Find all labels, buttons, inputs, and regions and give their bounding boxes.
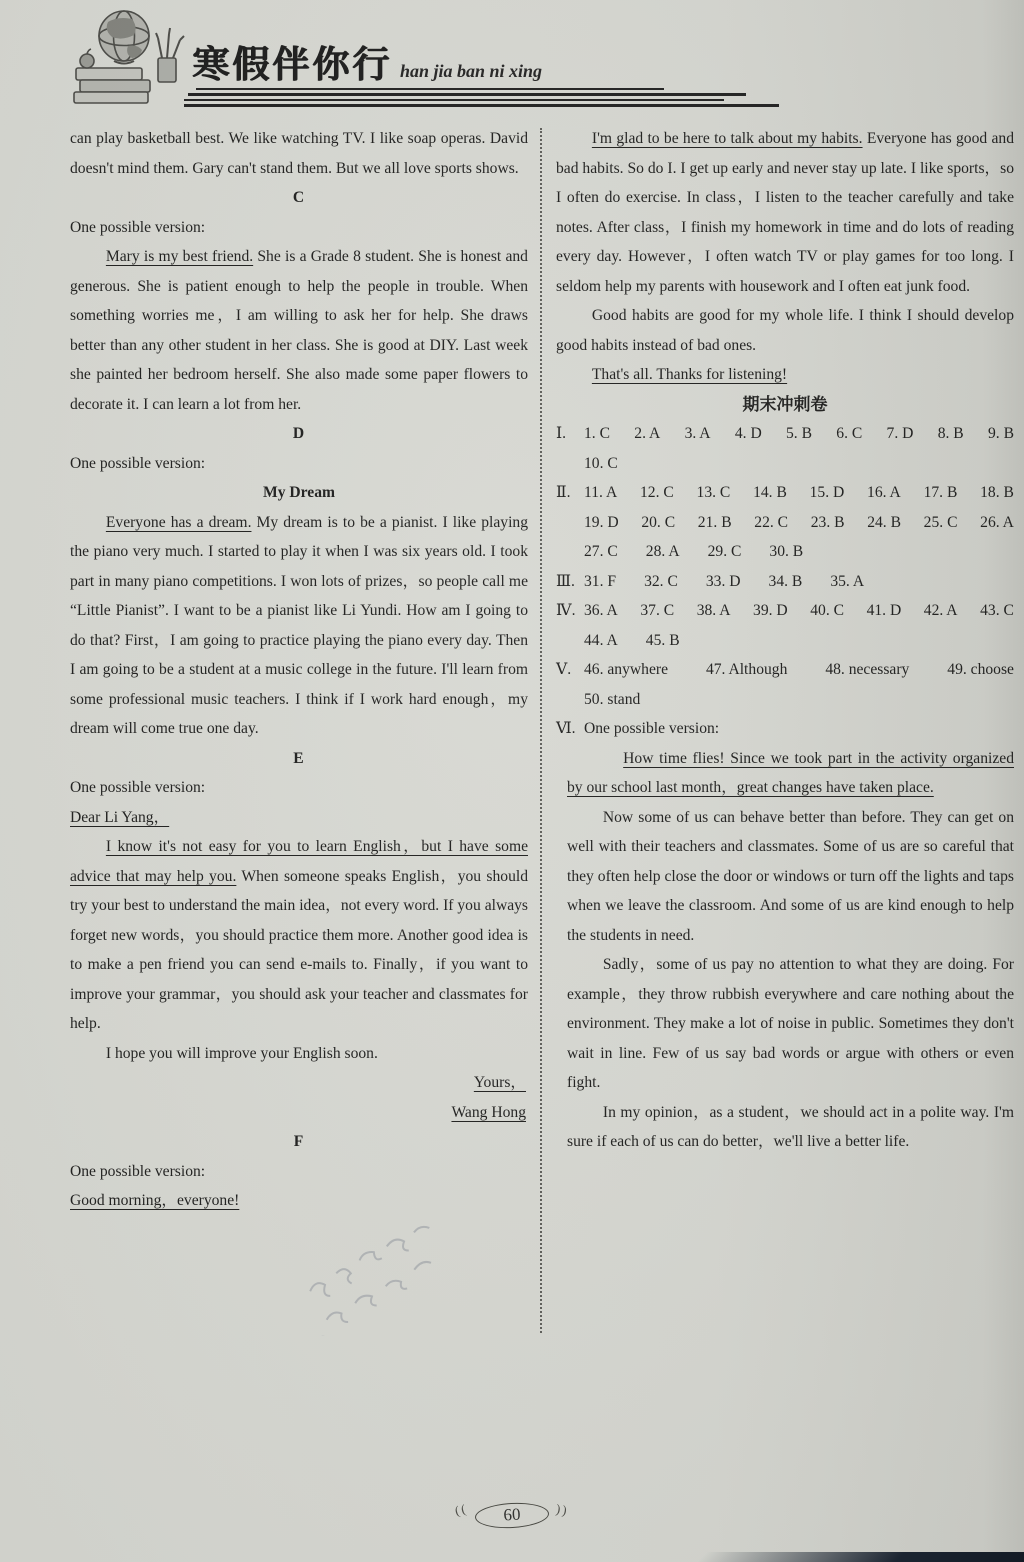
answer-item: 47. Although — [706, 655, 787, 685]
answer-item: 16. A — [867, 478, 901, 508]
paragraph: Mary is my best friend. She is a Grade 8… — [70, 242, 528, 419]
answer-item: 25. C — [924, 508, 958, 538]
underlined-sentence: Everyone has a dream. — [106, 514, 252, 531]
section-label-f: F — [70, 1127, 528, 1157]
answer-item: 37. C — [640, 596, 674, 626]
answer-group-4: Ⅳ. 36. A37. C38. A39. D40. C41. D42. A43… — [556, 596, 1014, 655]
right-column: I'm glad to be here to talk about my hab… — [556, 124, 1014, 1333]
left-column: can play basketball best. We like watchi… — [70, 124, 528, 1333]
answer-item: 42. A — [924, 596, 958, 626]
answer-item: 40. C — [810, 596, 844, 626]
content-columns: can play basketball best. We like watchi… — [0, 124, 1024, 1333]
column-divider — [540, 128, 542, 1333]
answer-group-5: Ⅴ. 46. anywhere47. Although48. necessary… — [556, 655, 1014, 714]
essay-title: My Dream — [70, 478, 528, 508]
answer-item: 24. B — [867, 508, 901, 538]
header-rule — [184, 99, 724, 101]
speech-opening: Good morning，everyone! — [70, 1186, 528, 1216]
header-rule — [196, 88, 664, 90]
section-label-e: E — [70, 744, 528, 774]
answer-item: 33. D — [706, 567, 741, 597]
workbook-answer-page: 寒假伴你行han jia ban ni xing can play basket… — [0, 0, 1024, 1562]
answer-item: 48. necessary — [825, 655, 909, 685]
speech-ending: That's all. Thanks for listening! — [556, 360, 1014, 390]
section-label-d: D — [70, 419, 528, 449]
intro-line: One possible version: — [70, 1157, 528, 1187]
answer-item: 4. D — [735, 419, 762, 449]
roman-numeral: Ⅰ. — [556, 419, 584, 478]
answer-item: 5. B — [786, 419, 812, 449]
answer-item: 32. C — [644, 567, 678, 597]
answer-item: 45. B — [646, 626, 680, 656]
answer-item: 38. A — [697, 596, 731, 626]
answer-item: 23. B — [811, 508, 845, 538]
answer-item: 8. B — [938, 419, 964, 449]
header-rule — [188, 93, 746, 96]
paragraph: In my opinion，as a student，we should act… — [567, 1098, 1014, 1157]
intro-line: One possible version: — [70, 213, 528, 243]
header-rule — [184, 104, 779, 107]
underlined-sentence: I'm glad to be here to talk about my hab… — [592, 130, 863, 147]
answer-line: 46. anywhere47. Although48. necessary49.… — [584, 655, 1014, 685]
underlined-sentence: Mary is my best friend. — [106, 248, 253, 265]
answer-line: 31. F32. C33. D34. B35. A — [584, 567, 1014, 597]
answer-item: 2. A — [634, 419, 660, 449]
roman-numeral: Ⅴ. — [556, 655, 584, 714]
paragraph: I hope you will improve your English soo… — [70, 1039, 528, 1069]
answer-line: 11. A12. C13. C14. B15. D16. A17. B18. B — [584, 478, 1014, 508]
answer-group-3: Ⅲ. 31. F32. C33. D34. B35. A — [556, 567, 1014, 597]
answer-item: 12. C — [640, 478, 674, 508]
paragraph: Sadly，some of us pay no attention to wha… — [567, 950, 1014, 1098]
answer-item: 36. A — [584, 596, 618, 626]
answer-line: 50. stand — [584, 685, 1014, 715]
paragraph-text: My dream is to be a pianist. I like play… — [70, 514, 528, 738]
roman-numeral: Ⅵ. — [556, 714, 584, 744]
answer-line: 27. C28. A29. C30. B — [584, 537, 1014, 567]
answer-item: 10. C — [584, 449, 618, 479]
intro-line: One possible version: — [70, 773, 528, 803]
answer-item: 26. A — [980, 508, 1014, 538]
answer-item: 44. A — [584, 626, 618, 656]
answer-item: 21. B — [698, 508, 732, 538]
answer-item: 27. C — [584, 537, 618, 567]
essay-block: How time flies! Since we took part in th… — [567, 744, 1014, 1157]
answer-item: 41. D — [867, 596, 902, 626]
answer-item: 43. C — [980, 596, 1014, 626]
roman-numeral: Ⅱ. — [556, 478, 584, 567]
answer-item: 14. B — [753, 478, 787, 508]
answer-item: 18. B — [980, 478, 1014, 508]
pencil-scribble — [292, 1218, 522, 1336]
paragraph: Now some of us can behave better than be… — [567, 803, 1014, 951]
paragraph: I'm glad to be here to talk about my hab… — [556, 124, 1014, 301]
intro-line: One possible version: — [584, 714, 1014, 744]
answer-item: 20. C — [641, 508, 675, 538]
page-footer: ((60)) — [0, 1502, 1024, 1528]
underlined-paragraph: How time flies! Since we took part in th… — [567, 744, 1014, 803]
answer-item: 7. D — [887, 419, 914, 449]
answer-item: 17. B — [924, 478, 958, 508]
answer-group-1: Ⅰ. 1. C2. A3. A4. D5. B6. C7. D8. B9. B … — [556, 419, 1014, 478]
answer-line: 1. C2. A3. A4. D5. B6. C7. D8. B9. B — [584, 419, 1014, 449]
answer-line: 10. C — [584, 449, 1014, 479]
letter-closing: Yours， — [70, 1068, 528, 1098]
answer-item: 15. D — [810, 478, 845, 508]
globe-books-logo-icon — [70, 4, 190, 106]
answer-item: 30. B — [769, 537, 803, 567]
answer-item: 1. C — [584, 419, 610, 449]
paragraph: can play basketball best. We like watchi… — [70, 124, 528, 183]
answer-item: 46. anywhere — [584, 655, 668, 685]
letter-signature: Wang Hong — [70, 1098, 528, 1128]
roman-numeral: Ⅳ. — [556, 596, 584, 655]
answer-group-6: Ⅵ. One possible version: — [556, 714, 1014, 744]
intro-line: One possible version: — [70, 449, 528, 479]
answer-line: 36. A37. C38. A39. D40. C41. D42. A43. C — [584, 596, 1014, 626]
answer-item: 3. A — [685, 419, 711, 449]
hand-drawn-mark: (( — [454, 1501, 470, 1520]
paragraph-text: She is a Grade 8 student. She is honest … — [70, 248, 528, 413]
section-label-c: C — [70, 183, 528, 213]
answer-item: 49. choose — [947, 655, 1014, 685]
paragraph: I know it's not easy for you to learn En… — [70, 832, 528, 1039]
answer-item: 6. C — [836, 419, 862, 449]
answer-item: 35. A — [830, 567, 864, 597]
brand-title: 寒假伴你行 — [192, 45, 392, 86]
answer-item: 11. A — [584, 478, 617, 508]
answer-item: 29. C — [708, 537, 742, 567]
paragraph-text: Everyone has good and bad habits. So do … — [556, 130, 1014, 295]
roman-numeral: Ⅲ. — [556, 567, 584, 597]
answer-item: 34. B — [769, 567, 803, 597]
paragraph: Everyone has a dream. My dream is to be … — [70, 508, 528, 744]
answer-item: 28. A — [646, 537, 680, 567]
answer-item: 39. D — [753, 596, 788, 626]
hand-drawn-mark: )) — [555, 1501, 570, 1519]
answer-item: 50. stand — [584, 685, 640, 715]
answer-item: 9. B — [988, 419, 1014, 449]
answer-item: 13. C — [697, 478, 731, 508]
answer-line: 44. A45. B — [584, 626, 1014, 656]
answer-item: 19. D — [584, 508, 619, 538]
answer-line: 19. D20. C21. B22. C23. B24. B25. C26. A — [584, 508, 1014, 538]
exam-section-title: 期末冲刺卷 — [556, 390, 1014, 420]
answer-item: 22. C — [754, 508, 788, 538]
scan-edge-shadow — [697, 1552, 1024, 1562]
answer-item: 31. F — [584, 567, 616, 597]
page-number: 60 — [474, 1501, 549, 1530]
letter-salutation: Dear Li Yang， — [70, 803, 528, 833]
paragraph: Good habits are good for my whole life. … — [556, 301, 1014, 360]
answer-group-2: Ⅱ. 11. A12. C13. C14. B15. D16. A17. B18… — [556, 478, 1014, 567]
page-header: 寒假伴你行han jia ban ni xing — [0, 0, 1024, 118]
paragraph-text: When someone speaks English，you should t… — [70, 868, 528, 1033]
brand-pinyin: han jia ban ni xing — [400, 61, 542, 81]
